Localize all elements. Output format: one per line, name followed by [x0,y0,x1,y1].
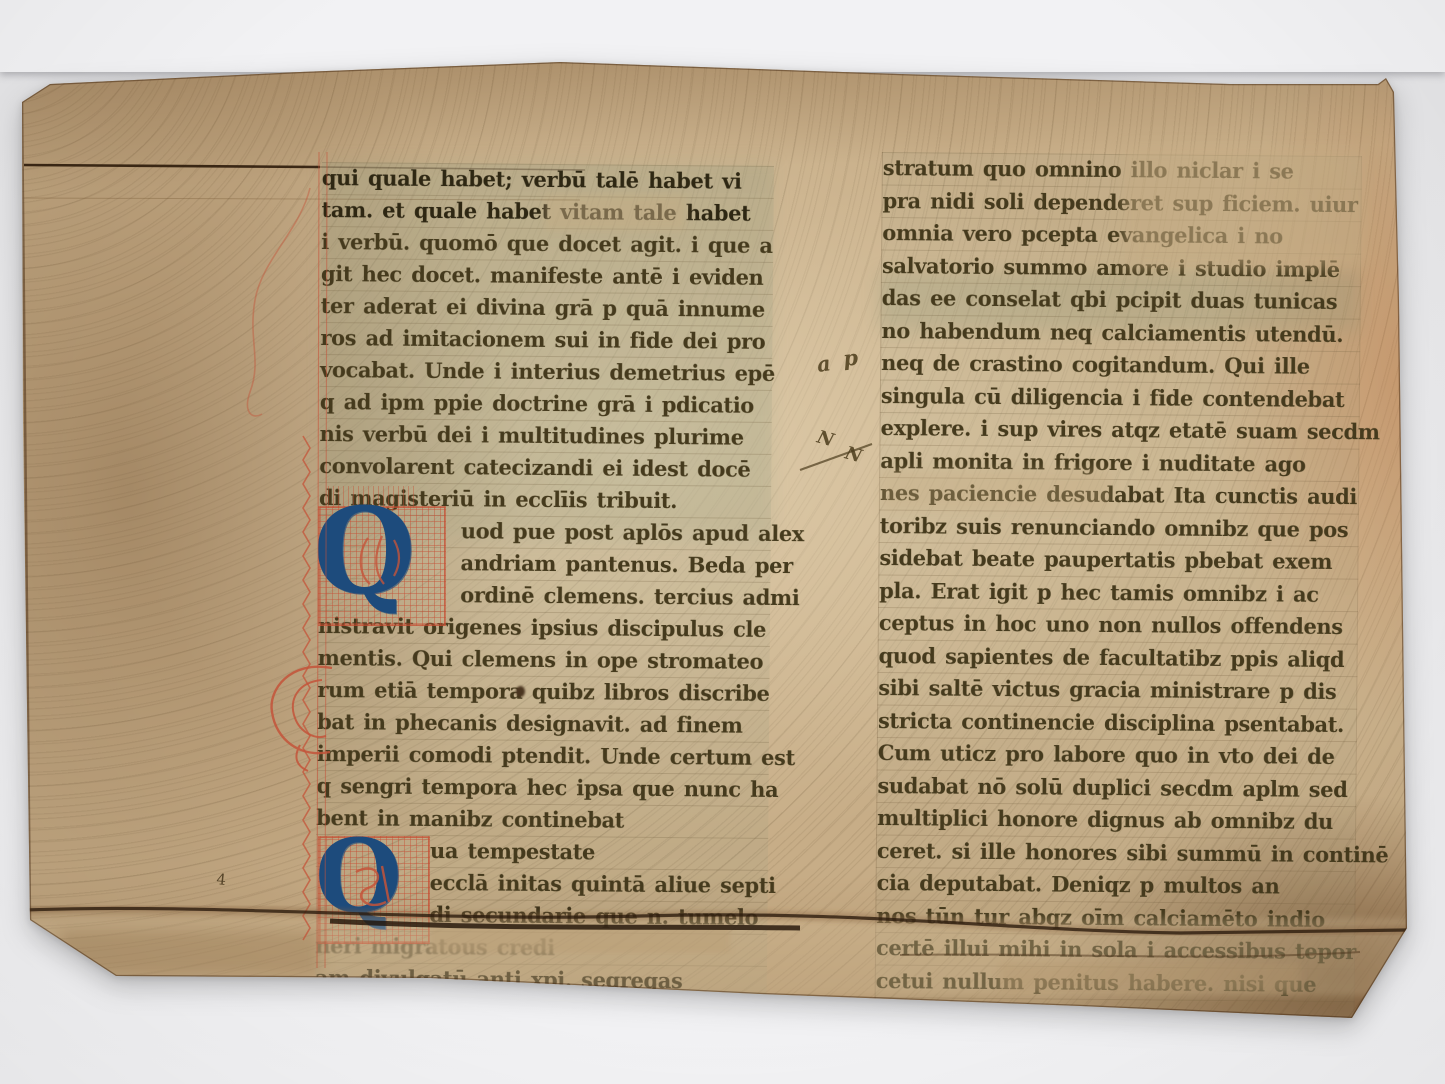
manuscript-text-line: Cum uticz pro labore quo in vto dei de [878,737,1356,774]
gutter-pen-marks: a p N N [814,345,866,468]
manuscript-text-line: sudabat nō solū duplici secdm aplm sed [877,769,1355,806]
manuscript-text-line: nes paciencie desudabat Ita cunctis audi [880,477,1358,514]
manuscript-text-line: singula cū diligencia i fide contendebat [881,380,1359,417]
text-column-right: stratum quo omnino illo niclar i sepra n… [874,152,1362,1034]
manuscript-text-line: multiplici honore dignus ab omnibz du [877,802,1355,839]
manuscript-text-line: mentis. Qui clemens in ope stromateo [318,642,770,678]
leaf-shadow-wrap: qui quale habet; verbū talē habet vitam.… [0,0,1445,1084]
manuscript-text-line: i verbū. quomō que docet agit. i que a [321,226,773,262]
manuscript-text-line: imperii comodi ptendit. Unde certum est [317,738,769,774]
manuscript-text-line: q ad ipm ppie doctrine grā i pdicatio [320,386,772,422]
manuscript-text-line: no habendum neq calciamentis utendū. [881,315,1359,352]
manuscript-text-line: qui quale habet; verbū talē habet vi [322,162,774,198]
top-ruling-line [24,165,320,167]
manuscript-text-line: q sengri tempora hec ipsa que nunc ha [316,770,768,806]
manuscript-text-line: ter aderat ei divina grā p quā innume [321,290,773,326]
manuscript-text-line: cetui nullum penitus habere. nisi que [876,964,1354,1001]
svg-text:p: p [842,345,860,371]
illuminated-initial-q: Q [318,836,430,944]
manuscript-text-line: stricta continencie disciplina psentabat… [878,704,1356,741]
manuscript-text-line: tam. et quale habet vitam tale habet [321,194,773,230]
manuscript-text-line: nos tūn tur abqz oīm calciamēto indio [876,899,1354,936]
manuscript-text-line: explere. i sup vires atqz etatē suam sec… [880,412,1358,449]
manuscript-text-line: nis verbū dei i multitudines plurime [319,418,771,454]
stain-patch [60,930,320,975]
manuscript-text-line: pla. Erat igit p hec tamis omnibz i ac [879,574,1357,611]
manuscript-text-line: toribz suis renunciando omnibz que pos [880,509,1358,546]
manuscript-text-line: vocabat. Unde i interius demetrius epē [320,354,772,390]
svg-text:N: N [814,426,838,451]
manuscript-text-line: quōmodū amet [875,997,1353,1034]
manuscript-text-line: neq de crastino cogitandum. Qui ille [881,347,1359,384]
manuscript-text-line: ceptus in hoc uno non nullos offendens [879,607,1357,644]
manuscript-text-line: stratum quo omnino illo niclar i se [883,152,1361,189]
manuscript-text-line: git hec docet. manifeste antē i eviden [321,258,773,294]
red-marginal-flourish [248,188,310,416]
manuscript-text-line: das ee conselat qbi pcipit duas tunicas [882,282,1360,319]
margin-pen-mark: 4 [216,870,227,889]
manuscript-text-line: apli monita in frigore i nuditate ago [880,444,1358,481]
manuscript-text-line: bat in phecanis designavit. ad finem [317,706,769,742]
svg-text:N: N [842,442,866,467]
red-filigree-penwork [344,526,420,602]
manuscript-leaf: qui quale habet; verbū talē habet vitam.… [0,0,1445,1084]
illuminated-initial-q: Q [318,506,446,626]
manuscript-text-line: rum etiā tempora quibz libros discribe [317,674,769,710]
manuscript-text-line: sibi saltē victus gracia ministrare p di… [878,672,1356,709]
manuscript-text-line: certē illui mihi in sola i accessibus te… [876,932,1354,969]
manuscript-text-line: pra nidi soli dependeret sup ficiem. uiu… [882,185,1360,222]
manuscript-text-line: cia deputabat. Deniqz p multos an [876,867,1354,904]
red-zigzag-border [303,436,310,940]
pen-trial-stroke [800,444,872,470]
manuscript-text-line: salvatorio summo amore i studio implē [882,250,1360,287]
manuscript-text-line: omnia vero pcepta evangelica i no [882,217,1360,254]
manuscript-text-line: ros ad imitacionem sui in fide dei pro [320,322,772,358]
manuscript-text-line: sidebat beate paupertatis pbebat exem [879,542,1357,579]
red-filigree-penwork [338,852,404,918]
svg-text:a: a [815,350,832,377]
manuscript-text-line: ceret. si ille honores sibi summū in con… [877,834,1355,871]
manuscript-text-line: quod sapientes de facultatibz ppis aliqd [878,639,1356,676]
manuscript-photo: qui quale habet; verbū talē habet vitam.… [0,0,1445,1084]
manuscript-text-line: am divulgatū anti xpi. segregas [315,962,767,998]
